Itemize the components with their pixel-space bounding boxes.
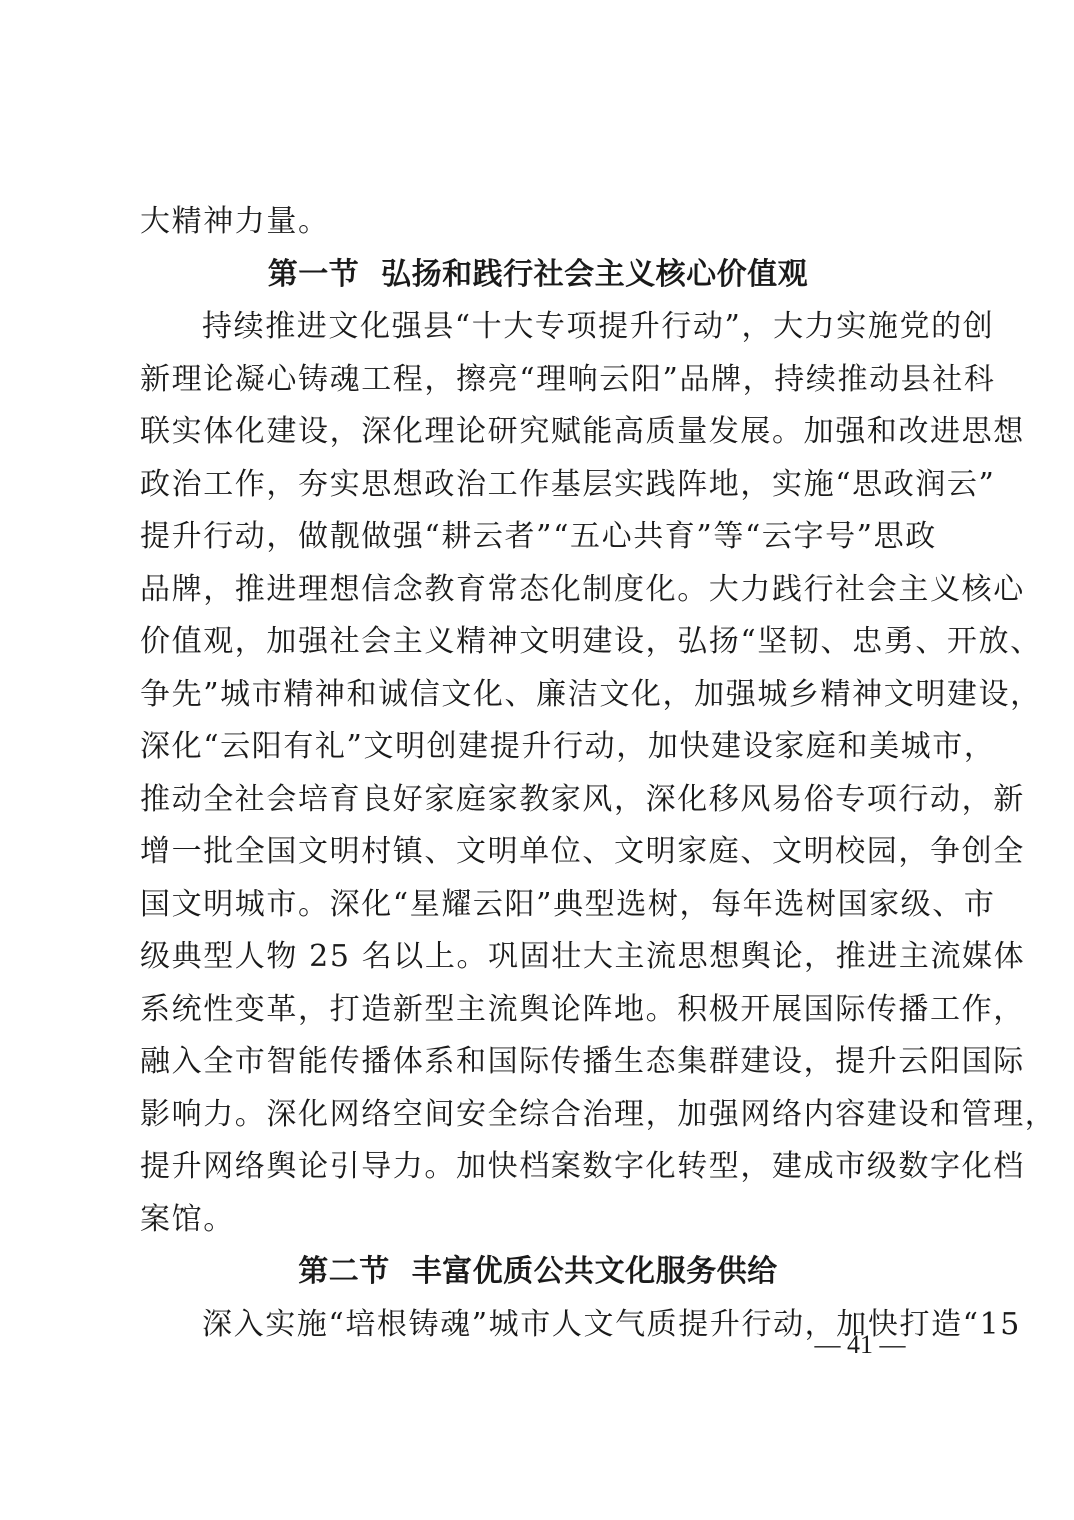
text-line: 影响力。深化网络空间安全综合治理，加强网络内容建设和管理， — [140, 1089, 936, 1142]
text-line: 联实体化建设，深化理论研究赋能高质量发展。加强和改进思想 — [140, 406, 936, 459]
text-line: 大精神力量。 — [140, 196, 936, 249]
text-line: 级典型人物 25 名以上。巩固壮大主流思想舆论，推进主流媒体 — [140, 931, 936, 984]
section-heading-2: 第二节 丰富优质公共文化服务供给 — [140, 1246, 936, 1299]
text-line: 推动全社会培育良好家庭家教家风，深化移风易俗专项行动，新 — [140, 774, 936, 827]
text-line: 案馆。 — [140, 1194, 936, 1247]
text-line: 提升网络舆论引导力。加快档案数字化转型，建成市级数字化档 — [140, 1141, 936, 1194]
text-line: 持续推进文化强县“十大专项提升行动”，大力实施党的创 — [140, 301, 936, 354]
text-line: 融入全市智能传播体系和国际传播生态集群建设，提升云阳国际 — [140, 1036, 936, 1089]
section-heading-1: 第一节 弘扬和践行社会主义核心价值观 — [140, 249, 936, 302]
text-line: 品牌，推进理想信念教育常态化制度化。大力践行社会主义核心 — [140, 564, 936, 617]
section-1-paragraph: 持续推进文化强县“十大专项提升行动”，大力实施党的创 新理论凝心铸魂工程，擦亮“… — [140, 301, 936, 1246]
page-number: — 41 — — [800, 1330, 920, 1360]
text-line: 国文明城市。深化“星耀云阳”典型选树，每年选树国家级、市 — [140, 879, 936, 932]
text-line: 提升行动，做靓做强“耕云者”“五心共育”等“云字号”思政 — [140, 511, 936, 564]
text-line: 新理论凝心铸魂工程，擦亮“理响云阳”品牌，持续推动县社科 — [140, 354, 936, 407]
text-line: 深化“云阳有礼”文明创建提升行动，加快建设家庭和美城市， — [140, 721, 936, 774]
text-line: 增一批全国文明村镇、文明单位、文明家庭、文明校园，争创全 — [140, 826, 936, 879]
text-line: 争先”城市精神和诚信文化、廉洁文化，加强城乡精神文明建设， — [140, 669, 936, 722]
document-page: 大精神力量。 第一节 弘扬和践行社会主义核心价值观 持续推进文化强县“十大专项提… — [140, 196, 936, 1351]
text-line: 价值观，加强社会主义精神文明建设，弘扬“坚韧、忠勇、开放、 — [140, 616, 936, 669]
text-line: 政治工作，夯实思想政治工作基层实践阵地，实施“思政润云” — [140, 459, 936, 512]
text-line: 系统性变革，打造新型主流舆论阵地。积极开展国际传播工作， — [140, 984, 936, 1037]
